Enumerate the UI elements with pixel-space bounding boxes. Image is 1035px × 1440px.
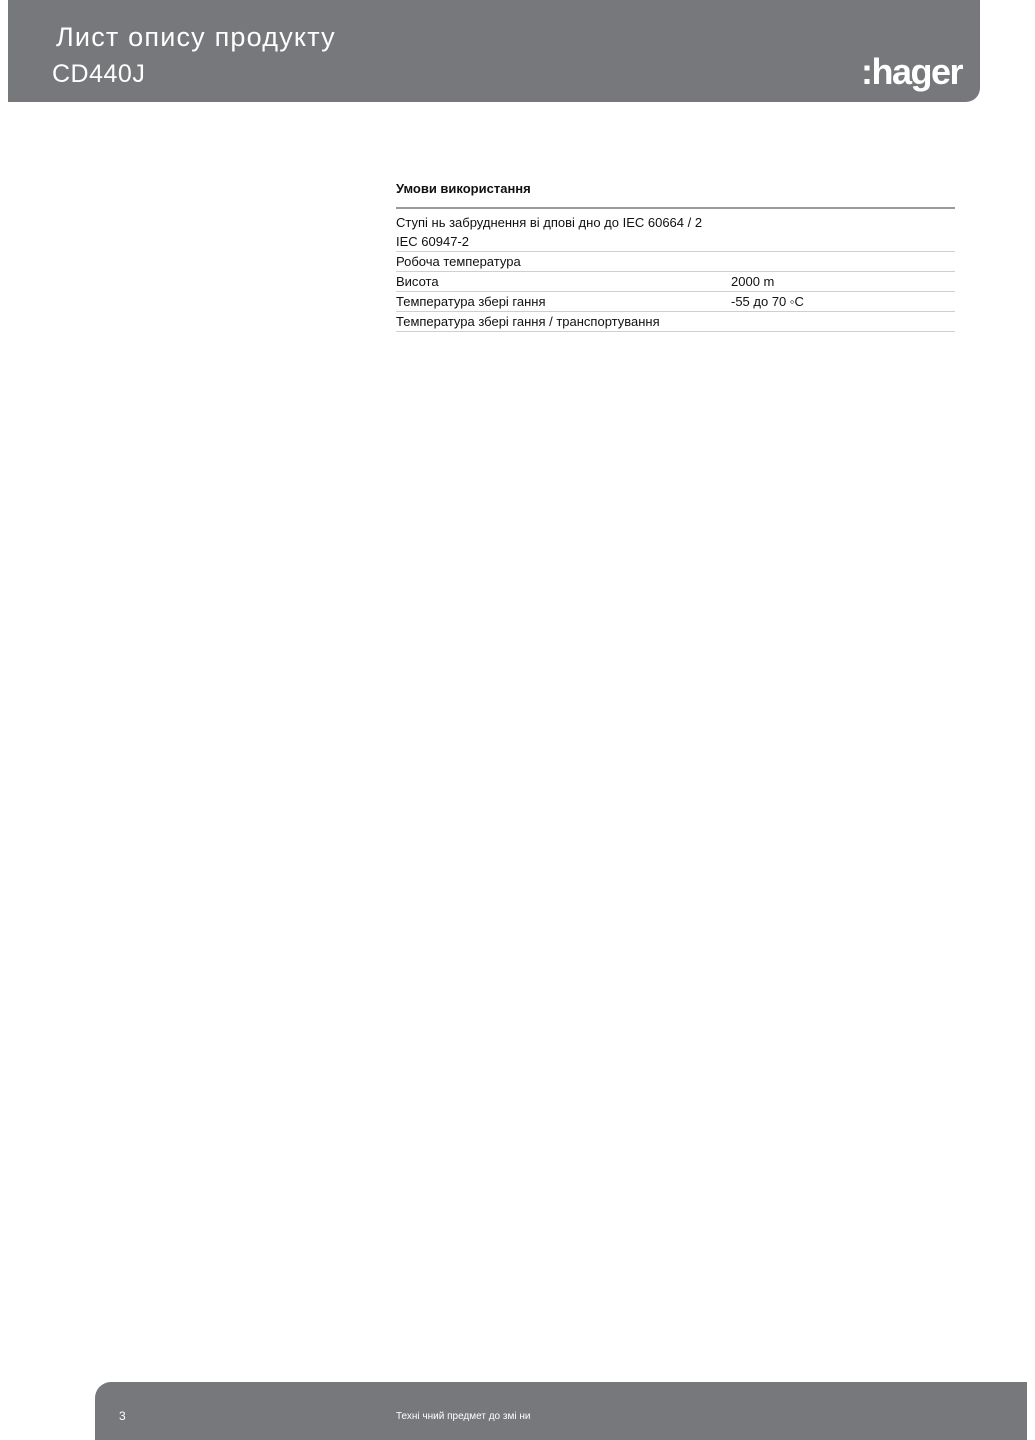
spec-label-line: IEC 60947-2 xyxy=(396,232,702,251)
spec-label: Робоча температура xyxy=(396,252,731,271)
spec-value xyxy=(660,312,955,331)
usage-conditions-section: Умови використання Ступі нь забруднення … xyxy=(396,180,955,332)
hager-logo: :hager xyxy=(861,54,962,90)
spec-row-storage-transport-temperature: Температура зберi гання / транспортуванн… xyxy=(396,312,955,332)
document-footer: 3 Техні чний предмет до змі ни xyxy=(95,1382,1027,1440)
footer-disclaimer: Техні чний предмет до змі ни xyxy=(396,1411,530,1422)
spec-value: 2000 m xyxy=(731,272,955,291)
spec-label: Висота xyxy=(396,272,731,291)
spec-label: Температура зберi гання / транспортуванн… xyxy=(396,312,660,331)
product-code: CD440J xyxy=(52,60,145,89)
spec-value xyxy=(731,252,955,271)
document-title: Лист опису продукту xyxy=(56,22,336,53)
spec-value: -55 до 70 ◦C xyxy=(731,292,955,311)
spec-row-pollution-degree: Ступі нь забруднення ві дпові дно до IEC… xyxy=(396,209,955,252)
section-title: Умови використання xyxy=(396,180,955,209)
spec-label: Температура зберi гання xyxy=(396,292,731,311)
spec-row-operating-temperature: Робоча температура xyxy=(396,252,955,272)
page-number: 3 xyxy=(119,1409,126,1423)
spec-label: Ступі нь забруднення ві дпові дно до IEC… xyxy=(396,213,702,251)
spec-row-storage-temperature: Температура зберi гання -55 до 70 ◦C xyxy=(396,292,955,312)
spec-row-altitude: Висота 2000 m xyxy=(396,272,955,292)
document-header: Лист опису продукту CD440J :hager xyxy=(8,0,980,102)
spec-label-line: Ступі нь забруднення ві дпові дно до IEC… xyxy=(396,213,702,232)
spec-value xyxy=(702,213,955,251)
